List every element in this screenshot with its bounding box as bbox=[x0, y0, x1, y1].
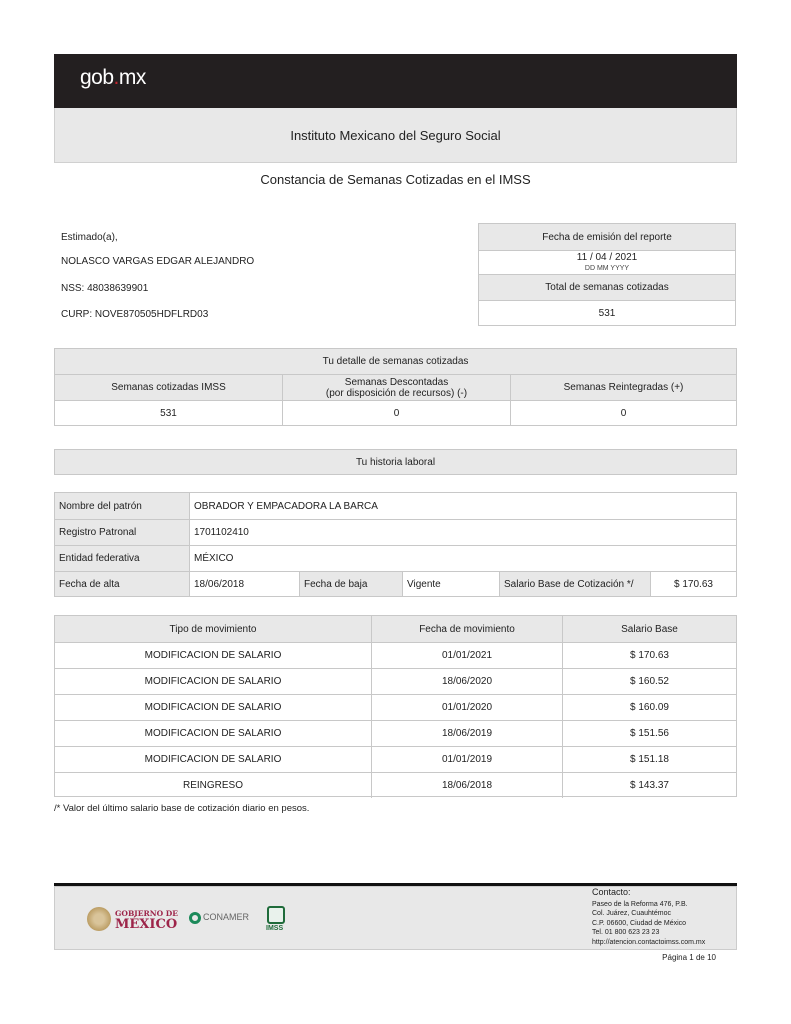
movement-date: 18/06/2019 bbox=[371, 720, 562, 746]
contact-title: Contacto: bbox=[592, 888, 705, 898]
detail-title: Tu detalle de semanas cotizadas bbox=[55, 349, 736, 374]
curp: CURP: NOVE870505HDFLRD03 bbox=[61, 309, 208, 320]
detail-value-discounted: 0 bbox=[282, 400, 510, 425]
start-date-value: 18/06/2018 bbox=[189, 571, 299, 596]
movement-salary: $ 160.52 bbox=[562, 668, 736, 694]
employer-table: Nombre del patrón OBRADOR Y EMPACADORA L… bbox=[54, 492, 737, 597]
movement-salary: $ 160.09 bbox=[562, 694, 736, 720]
movement-date: 01/01/2020 bbox=[371, 694, 562, 720]
person-name: NOLASCO VARGAS EDGAR ALEJANDRO bbox=[61, 256, 254, 267]
contact-cp: C.P. 06600, Ciudad de México bbox=[592, 919, 705, 929]
end-date-value: Vigente bbox=[402, 571, 499, 596]
movement-type: REINGRESO bbox=[55, 772, 371, 798]
movement-salary: $ 143.37 bbox=[562, 772, 736, 798]
gobmx-logo: gob.mx bbox=[80, 66, 146, 90]
movements-header: Tipo de movimiento bbox=[55, 616, 371, 642]
movement-type: MODIFICACION DE SALARIO bbox=[55, 642, 371, 668]
imss-logo: IMSS bbox=[266, 925, 283, 932]
report-date-format: DD MM YYYY bbox=[479, 264, 735, 273]
page-number: Página 1 de 10 bbox=[600, 953, 716, 962]
weeks-detail-table: Tu detalle de semanas cotizadas Semanas … bbox=[54, 348, 737, 426]
movements-table: Tipo de movimientoFecha de movimientoSal… bbox=[54, 615, 737, 797]
movement-date: 01/01/2019 bbox=[371, 746, 562, 772]
movements-header: Fecha de movimiento bbox=[371, 616, 562, 642]
detail-header-imss: Semanas cotizadas IMSS bbox=[55, 374, 282, 400]
end-date-label: Fecha de baja bbox=[299, 571, 402, 596]
movement-type: MODIFICACION DE SALARIO bbox=[55, 746, 371, 772]
salary-label: Salario Base de Cotización */ bbox=[499, 571, 650, 596]
movement-date: 18/06/2020 bbox=[371, 668, 562, 694]
movement-date: 18/06/2018 bbox=[371, 772, 562, 798]
contact-block: Contacto: Paseo de la Reforma 476, P.B. … bbox=[592, 888, 705, 947]
contact-address: Paseo de la Reforma 476, P.B. bbox=[592, 900, 705, 910]
registry-label: Registro Patronal bbox=[55, 519, 189, 545]
employer-label: Nombre del patrón bbox=[55, 493, 189, 519]
institution-title: Instituto Mexicano del Seguro Social bbox=[54, 128, 737, 143]
gobierno-mexico-logo: GOBIERNO DE MÉXICO bbox=[115, 908, 178, 930]
total-weeks-label: Total de semanas cotizadas bbox=[479, 274, 735, 300]
top-bar bbox=[54, 54, 737, 108]
report-box: Fecha de emisión del reporte 11 / 04 / 2… bbox=[478, 223, 736, 326]
movement-type: MODIFICACION DE SALARIO bbox=[55, 668, 371, 694]
document-title: Constancia de Semanas Cotizadas en el IM… bbox=[54, 172, 737, 187]
conamer-logo: CONAMER bbox=[203, 912, 249, 922]
registry-value: 1701102410 bbox=[189, 519, 736, 545]
greeting: Estimado(a), bbox=[61, 232, 118, 243]
movement-salary: $ 151.56 bbox=[562, 720, 736, 746]
movement-date: 01/01/2021 bbox=[371, 642, 562, 668]
movement-salary: $ 170.63 bbox=[562, 642, 736, 668]
contact-url[interactable]: http://atencion.contactoimss.com.mx bbox=[592, 938, 705, 948]
detail-header-reintegrated: Semanas Reintegradas (+) bbox=[510, 374, 736, 400]
discounted-label: Semanas Descontadas bbox=[345, 377, 448, 388]
report-date-label: Fecha de emisión del reporte bbox=[479, 224, 735, 250]
imss-emblem-icon bbox=[267, 906, 285, 924]
history-title-bar: Tu historia laboral bbox=[54, 449, 737, 475]
total-weeks-value: 531 bbox=[479, 300, 735, 325]
coat-of-arms-icon bbox=[87, 907, 111, 931]
nss: NSS: 48038639901 bbox=[61, 283, 148, 294]
detail-header-discounted: Semanas Descontadas (por disposición de … bbox=[282, 374, 510, 400]
state-label: Entidad federativa bbox=[55, 545, 189, 571]
state-value: MÉXICO bbox=[189, 545, 736, 571]
employer-value: OBRADOR Y EMPACADORA LA BARCA bbox=[189, 493, 736, 519]
contact-phone: Tel. 01 800 623 23 23 bbox=[592, 928, 705, 938]
movement-type: MODIFICACION DE SALARIO bbox=[55, 694, 371, 720]
movement-salary: $ 151.18 bbox=[562, 746, 736, 772]
movements-header: Salario Base bbox=[562, 616, 736, 642]
discounted-sublabel: (por disposición de recursos) (-) bbox=[326, 388, 467, 399]
contact-colonia: Col. Juárez, Cuauhtémoc bbox=[592, 909, 705, 919]
salary-value: $ 170.63 bbox=[650, 571, 736, 596]
history-title: Tu historia laboral bbox=[55, 450, 736, 474]
report-date-value: 11 / 04 / 2021 bbox=[479, 250, 735, 264]
start-date-label: Fecha de alta bbox=[55, 571, 189, 596]
detail-value-imss: 531 bbox=[55, 400, 282, 425]
conamer-icon bbox=[189, 912, 201, 924]
movement-type: MODIFICACION DE SALARIO bbox=[55, 720, 371, 746]
footnote: /* Valor del último salario base de coti… bbox=[54, 803, 309, 814]
detail-value-reintegrated: 0 bbox=[510, 400, 736, 425]
